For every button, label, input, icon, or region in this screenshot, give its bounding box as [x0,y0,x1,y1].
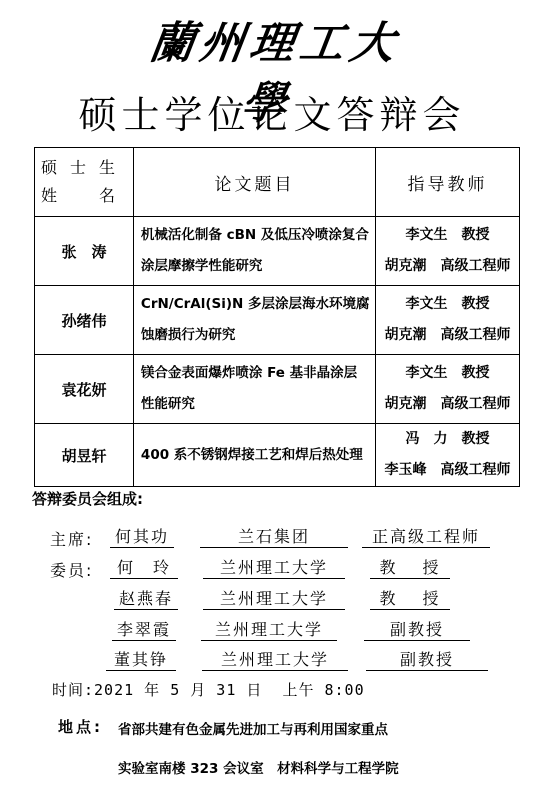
member-title: 教 授 [370,558,450,579]
member-org: 兰州理工大学 [203,558,345,579]
student-name: 张 涛 [35,217,134,286]
advisor-primary: 李文生 教授 [376,358,519,389]
topic-line: 400 系不锈钢焊接工艺和焊后热处理 [141,440,375,471]
topic-line: CrN/CrAl(Si)N 多层涂层海水环境腐 [141,289,375,320]
advisor-primary: 李文生 教授 [376,220,519,251]
committee-member-line: 李翠霞 兰州理工大学 副教授 [0,620,544,644]
member-title: 副教授 [366,650,488,671]
page-title: 硕士学位论文答辩会 [0,90,544,140]
location-line: 省部共建有色金属先进加工与再利用国家重点 [118,718,388,738]
table-row: 孙绪伟 CrN/CrAl(Si)N 多层涂层海水环境腐 蚀磨损行为研究 李文生 … [35,286,520,355]
header-advisor: 指导教师 [376,148,520,217]
topic-line: 涂层摩擦学性能研究 [141,251,375,282]
header-student-name: 硕 士 生 姓 名 [35,148,134,217]
committee-member-line: 委员: 何 玲 兰州理工大学 教 授 [0,558,544,582]
header-char: 名 [99,182,115,210]
advisor-primary: 冯 力 教授 [376,424,519,455]
committee-chair-line: 主席: 何其功 兰石集团 正高级工程师 [0,527,544,551]
advisor-secondary: 胡克潮 高级工程师 [376,389,519,420]
student-name: 袁花妍 [35,355,134,424]
member-name: 董其铮 [106,650,176,671]
topic-line: 性能研究 [141,389,375,420]
header-char: 士 [70,154,86,182]
topic-line: 镁合金表面爆炸喷涂 Fe 基非晶涂层 [141,358,375,389]
advisor-secondary: 李玉峰 高级工程师 [376,455,519,486]
advisor-secondary: 胡克潮 高级工程师 [376,320,519,351]
student-name: 孙绪伟 [35,286,134,355]
thesis-topic: CrN/CrAl(Si)N 多层涂层海水环境腐 蚀磨损行为研究 [133,286,375,355]
table-row: 张 涛 机械活化制备 cBN 及低压冷喷涂复合 涂层摩擦学性能研究 李文生 教授… [35,217,520,286]
location-label: 地点: [58,716,103,737]
chair-title: 正高级工程师 [362,527,490,548]
chair-org: 兰石集团 [200,527,348,548]
member-org: 兰州理工大学 [201,620,337,641]
topic-line: 蚀磨损行为研究 [141,320,375,351]
university-calligraphy-logo: 蘭州理工大學 [146,14,404,74]
committee-member-line: 董其铮 兰州理工大学 副教授 [0,650,544,674]
member-title: 副教授 [364,620,470,641]
committee-heading: 答辩委员会组成: [32,488,143,509]
student-name: 胡昱轩 [35,424,134,487]
table-row: 胡昱轩 400 系不锈钢焊接工艺和焊后热处理 冯 力 教授 李玉峰 高级工程师 [35,424,520,487]
advisors: 李文生 教授 胡克潮 高级工程师 [376,286,520,355]
table-row: 袁花妍 镁合金表面爆炸喷涂 Fe 基非晶涂层 性能研究 李文生 教授 胡克潮 高… [35,355,520,424]
defense-time: 时间:2021 年 5 月 31 日 上午 8:00 [52,679,365,700]
header-topic: 论文题目 [133,148,375,217]
member-title: 教 授 [370,589,450,610]
member-label: 委员: [50,558,93,581]
thesis-topic: 400 系不锈钢焊接工艺和焊后热处理 [133,424,375,487]
member-name: 李翠霞 [112,620,176,641]
advisors: 冯 力 教授 李玉峰 高级工程师 [376,424,520,487]
advisors: 李文生 教授 胡克潮 高级工程师 [376,217,520,286]
advisor-primary: 李文生 教授 [376,289,519,320]
header-char: 硕 [41,154,57,182]
header-char: 姓 [41,182,57,210]
thesis-topic: 机械活化制备 cBN 及低压冷喷涂复合 涂层摩擦学性能研究 [133,217,375,286]
member-name: 赵燕春 [114,589,178,610]
topic-line: 机械活化制备 cBN 及低压冷喷涂复合 [141,220,375,251]
member-name: 何 玲 [110,558,178,579]
chair-name: 何其功 [110,527,174,548]
table-header-row: 硕 士 生 姓 名 论文题目 指导教师 [35,148,520,217]
advisors: 李文生 教授 胡克潮 高级工程师 [376,355,520,424]
member-org: 兰州理工大学 [203,589,345,610]
chair-label: 主席: [50,527,93,550]
location-line: 实验室南楼 323 会议室 材料科学与工程学院 [118,757,399,777]
member-org: 兰州理工大学 [202,650,348,671]
header-char: 生 [99,154,115,182]
defense-schedule-table: 硕 士 生 姓 名 论文题目 指导教师 张 涛 机械活化制备 cBN 及低压冷喷… [34,147,520,487]
thesis-topic: 镁合金表面爆炸喷涂 Fe 基非晶涂层 性能研究 [133,355,375,424]
committee-member-line: 赵燕春 兰州理工大学 教 授 [0,589,544,613]
advisor-secondary: 胡克潮 高级工程师 [376,251,519,282]
